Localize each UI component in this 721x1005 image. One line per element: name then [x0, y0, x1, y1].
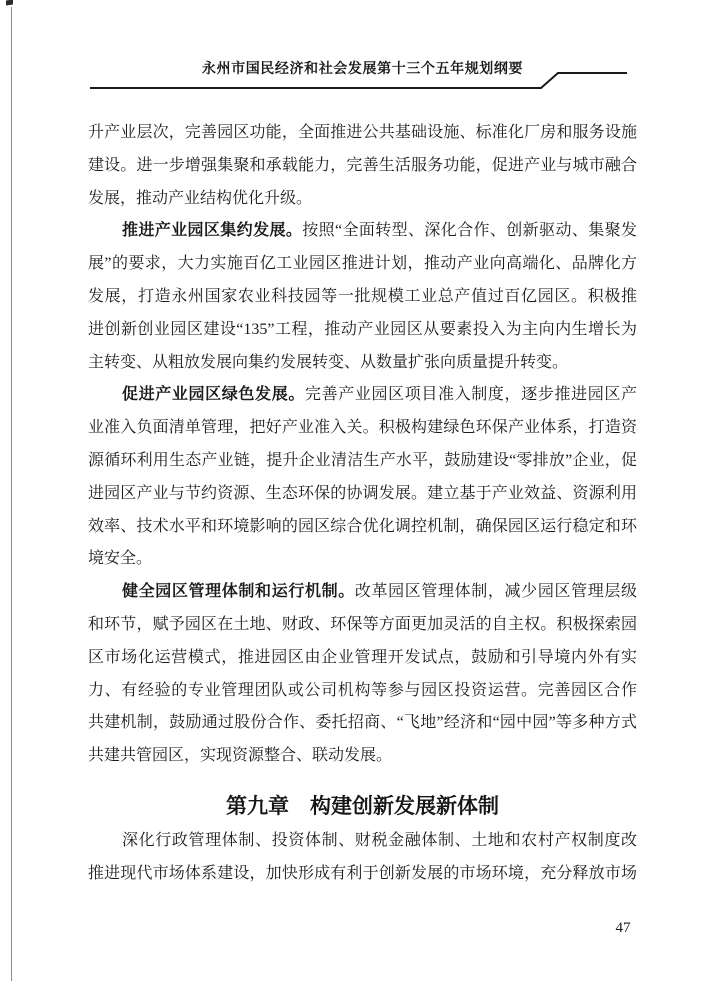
text-line: 推进产业园区集约发展。按照“全面转型、深化合作、创新驱动、集聚发	[88, 215, 637, 248]
text-line: 源循环利用生态产业链，提升企业清洁生产水平，鼓励建设“零排放”企业，促	[88, 445, 637, 478]
paragraph-lead: 推进产业园区集约发展。	[122, 222, 302, 239]
text-line: 促进产业园区绿色发展。完善产业园区项目准入制度，逐步推进园区产	[88, 379, 637, 412]
text-line: 和环节，赋予园区在土地、财政、环保等方面更加灵活的自主权。积极探索园	[88, 609, 637, 642]
text-line: 发展，推动产业结构优化升级。	[88, 183, 637, 216]
paragraph-lead: 促进产业园区绿色发展。	[122, 386, 305, 403]
text-segment: 完善产业园区项目准入制度，逐步推进园区产	[305, 386, 637, 403]
text-line: 升产业层次，完善园区功能，全面推进公共基础设施、标准化厂房和服务设施	[88, 117, 637, 150]
text-line: 推进现代市场体系建设，加快形成有利于创新发展的市场环境，充分释放市场	[88, 858, 637, 891]
header-rule	[90, 71, 627, 90]
chapter-heading: 第九章 构建创新发展新体制	[88, 792, 637, 822]
text-line: 建设。进一步增强集聚和承载能力，完善生活服务功能，促进产业与城市融合	[88, 150, 637, 183]
body-text: 升产业层次，完善园区功能，全面推进公共基础设施、标准化厂房和服务设施 建设。进一…	[88, 117, 637, 773]
text-line: 共建机制，鼓励通过股份合作、委托招商、“飞地”经济和“园中园”等多种方式	[88, 707, 637, 740]
text-line: 进创新创业园区建设“135”工程，推动产业园区从要素投入为主向内生增长为	[88, 314, 637, 347]
text-line: 健全园区管理体制和运行机制。改革园区管理体制，减少园区管理层级	[88, 576, 637, 609]
text-line: 境安全。	[88, 543, 637, 576]
text-line: 力、有经验的专业管理团队或公司机构等参与园区投资运营。完善园区合作	[88, 675, 637, 708]
text-line: 区市场化运营模式，推进园区由企业管理开发试点，鼓励和引导境内外有实	[88, 642, 637, 675]
paragraph-lead: 健全园区管理体制和运行机制。	[122, 583, 355, 600]
text-line: 主转变、从粗放发展向集约发展转变、从数量扩张向质量提升转变。	[88, 347, 637, 380]
text-line: 展”的要求，大力实施百亿工业园区推进计划，推动产业向高端化、品牌化方向	[88, 248, 637, 281]
text-segment: 按照“全面转型、深化合作、创新驱动、集聚发	[302, 222, 637, 239]
text-line: 进园区产业与节约资源、生态环保的协调发展。建立基于产业效益、资源利用	[88, 478, 637, 511]
closing-paragraph: 深化行政管理体制、投资体制、财税金融体制、土地和农村产权制度改革， 推进现代市场…	[88, 825, 637, 891]
page-number: 47	[608, 918, 638, 938]
scan-edge-line	[11, 7, 12, 981]
text-line: 深化行政管理体制、投资体制、财税金融体制、土地和农村产权制度改革，	[88, 825, 637, 858]
text-line: 效率、技术水平和环境影响的园区综合优化调控机制，确保园区运行稳定和环	[88, 511, 637, 544]
text-line: 共建共管园区，实现资源整合、联动发展。	[88, 740, 637, 773]
text-line: 发展，打造永州国家农业科技园等一批规模工业总产值过百亿园区。积极推	[88, 281, 637, 314]
text-line: 业准入负面清单管理，把好产业准入关。积极构建绿色环保产业体系，打造资	[88, 412, 637, 445]
text-segment: 改革园区管理体制，减少园区管理层级	[355, 583, 637, 600]
scan-corner-mark	[6, 0, 13, 5]
document-page: 永州市国民经济和社会发展第十三个五年规划纲要 升产业层次，完善园区功能，全面推进…	[0, 0, 721, 1005]
